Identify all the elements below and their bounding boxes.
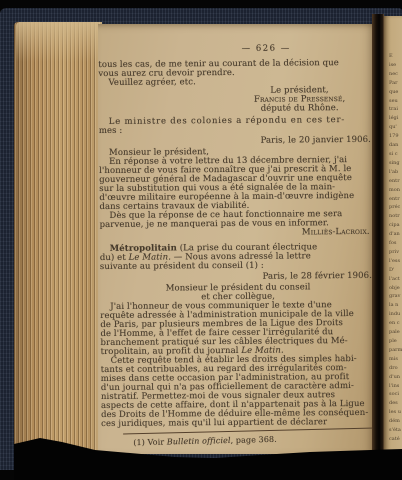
fragment-line: si c: [389, 150, 402, 159]
page-stack-top-edge: [16, 22, 100, 62]
fragment-line: d'un: [389, 373, 402, 382]
fragment-line: grav: [389, 292, 402, 301]
footnote-work-title: Bulletin officiel: [167, 436, 231, 446]
footnote: (1) Voir Bulletin officiel, page 368.: [133, 432, 377, 447]
fragment-line: soci: [389, 390, 402, 399]
footnote-area: (1) Voir Bulletin officiel, page 368.: [101, 427, 377, 447]
fragment-line: seu: [389, 97, 402, 106]
fragment-line: E: [389, 52, 402, 61]
gutter-shadow: [372, 14, 384, 458]
fragment-line: entr: [389, 195, 402, 204]
fragment-line: mon: [389, 186, 402, 195]
fragment-line: pale: [389, 328, 402, 337]
fragment-line: dan: [389, 141, 402, 150]
text-line: Paris, le 20 janvier 1906.: [99, 136, 375, 147]
fragment-line: l'ess: [389, 257, 402, 266]
fragment-line: priv: [389, 248, 402, 257]
fragment-line: l'ins: [389, 382, 402, 391]
fragment-line: caté: [389, 435, 402, 444]
footnote-prefix: (1) Voir: [133, 437, 167, 447]
fragment-line: entr: [389, 177, 402, 186]
fragment-line: la n: [389, 301, 402, 310]
fragment-line: nec: [389, 70, 402, 79]
fragment-line: D': [389, 266, 402, 275]
fragment-line: préc: [389, 203, 402, 212]
fragment-line: dro: [389, 364, 402, 373]
fragment-line: sing: [389, 159, 402, 168]
fragment-line: cipa: [389, 221, 402, 230]
fragment-line: les u: [389, 408, 402, 417]
body-text: tous les cas, de me tenir au courant de …: [98, 59, 377, 429]
fragment-line: ise: [389, 61, 402, 70]
fragment-line: s'éta: [389, 426, 402, 435]
fragment-line: 179: [389, 132, 402, 141]
scanned-book-photo: — 626 — tous les cas, de me tenir au cou…: [0, 0, 402, 480]
fragment-line: notr: [389, 212, 402, 221]
fragment-line: dém: [389, 417, 402, 426]
fragment-line: en c: [389, 319, 402, 328]
fragment-line: que: [389, 88, 402, 97]
facing-page-sliver: EisenecParqueseutrailégiqu'179dansi csin…: [384, 16, 402, 452]
page-number: — 626 —: [128, 44, 377, 55]
fragment-line: parm: [389, 346, 402, 355]
fragment-line: légi: [389, 114, 402, 123]
fragment-line: qu': [389, 123, 402, 132]
fragment-line: d'an: [389, 230, 402, 239]
fragment-line: ple: [389, 337, 402, 346]
fragment-line: trai: [389, 105, 402, 114]
facing-page-text-fragments: EisenecParqueseutrailégiqu'179dansi csin…: [384, 16, 402, 444]
fragment-line: obje: [389, 284, 402, 293]
footnote-suffix: , page 368.: [230, 435, 276, 445]
fragment-line: Par: [389, 79, 402, 88]
fragment-line: fos: [389, 239, 402, 248]
fragment-line: l'act: [389, 275, 402, 284]
text-line: ces juridiques, mais qu'il lui appartien…: [101, 418, 377, 429]
page-stack-fore-edge: [14, 22, 102, 454]
fragment-line: l'ab: [389, 168, 402, 177]
text-line: député du Rhône.: [99, 104, 375, 115]
fragment-line: mis: [389, 355, 402, 364]
page-text-block: — 626 — tous les cas, de me tenir au cou…: [98, 22, 377, 454]
left-page: — 626 — tous les cas, de me tenir au cou…: [98, 24, 374, 454]
text-line: Paris, le 28 février 1906.: [100, 272, 376, 283]
fragment-line: des: [389, 399, 402, 408]
fragment-line: indu: [389, 310, 402, 319]
